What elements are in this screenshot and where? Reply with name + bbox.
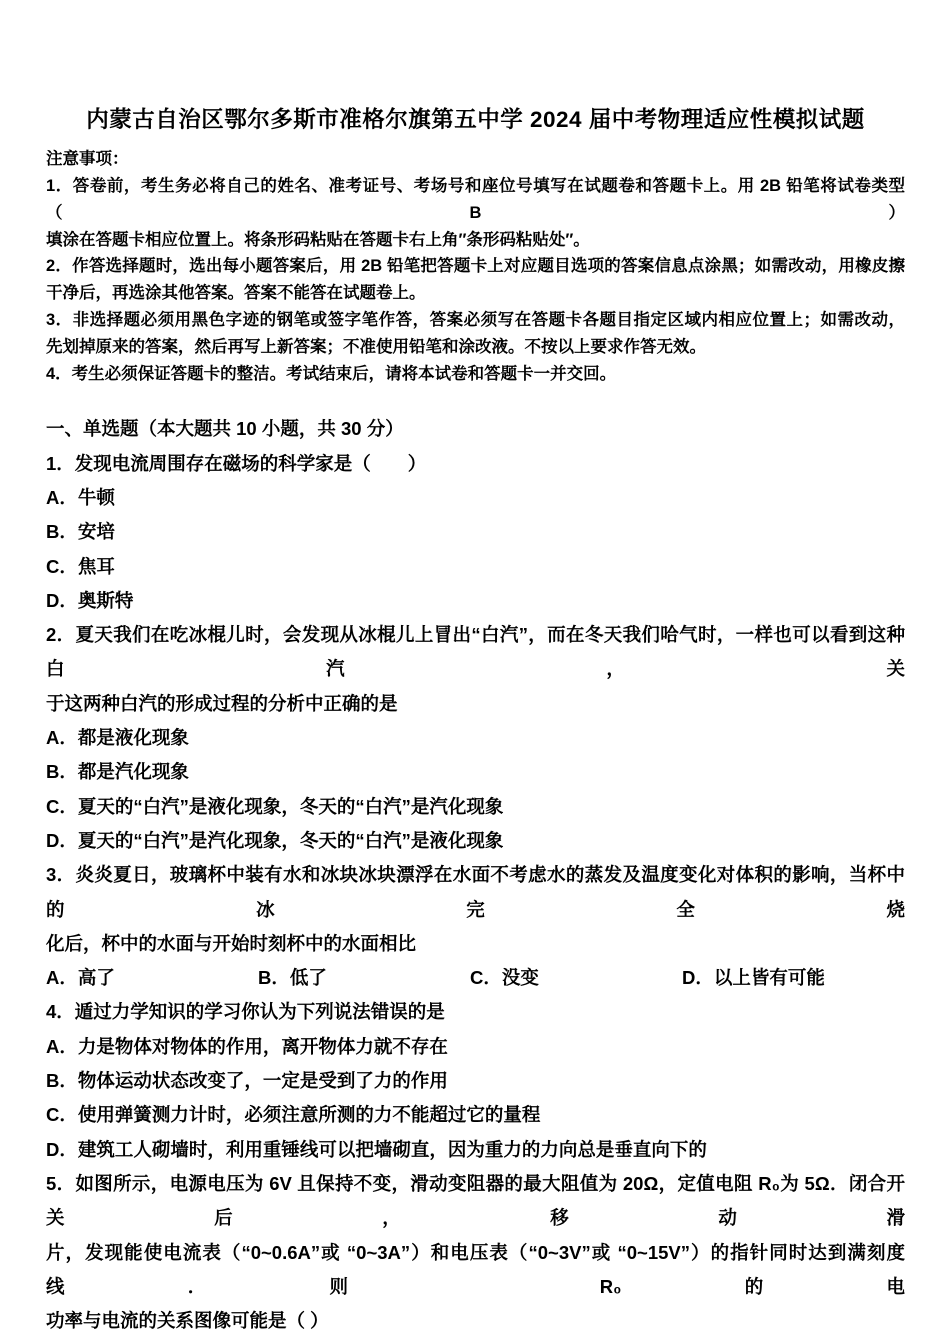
question-stem: 片，发现能使电流表（“0~0.6A”或 “0~3A”）和电压表（“0~3V”或 … <box>46 1236 905 1305</box>
questions-section: 一、单选题（本大题共 10 小题，共 30 分） 1．发现电流周围存在磁场的科学… <box>46 412 905 1338</box>
question-1: 1．发现电流周围存在磁场的科学家是（ ） A．牛顿 B．安培 C．焦耳 D．奥斯… <box>46 447 905 618</box>
option-b: B．安培 <box>46 515 905 549</box>
question-4: 4．遁过力学知识的学习你认为下列说法错误的是 A．力是物体对物体的作用，离开物体… <box>46 995 905 1166</box>
question-stem: 化后，杯中的水面与开始时刻杯中的水面相比 <box>46 927 905 961</box>
notice-line: 1．答卷前，考生务必将自己的姓名、准考证号、考场号和座位号填写在试题卷和答题卡上… <box>46 173 905 227</box>
option-c: C．使用弹簧测力计时，必须注意所测的力不能超过它的量程 <box>46 1098 905 1132</box>
notice-line: 填涂在答题卡相应位置上。将条形码粘贴在答题卡右上角″条形码粘贴处″。 <box>46 227 905 254</box>
option-a: A．牛顿 <box>46 481 905 515</box>
options-row: A．高了 B．低了 C．没变 D．以上皆有可能 <box>46 961 905 995</box>
notice-line: 3．非选择题必须用黑色字迹的钢笔或签字笔作答，答案必须写在答题卡各题目指定区域内… <box>46 307 905 334</box>
exam-paper-page: 内蒙古自治区鄂尔多斯市准格尔旗第五中学 2024 届中考物理适应性模拟试题 注意… <box>0 0 950 1344</box>
option-c: C．没变 <box>470 961 682 995</box>
question-3: 3．炎炎夏日，玻璃杯中装有水和冰块冰块漂浮在水面不考虑水的蒸发及温度变化对体积的… <box>46 858 905 995</box>
question-stem: 5．如图所示，电源电压为 6V 且保持不变，滑动变阻器的最大阻值为 20Ω，定值… <box>46 1167 905 1236</box>
option-d: D．建筑工人砌墙时，利用重锤线可以把墙砌直，因为重力的力向总是垂直向下的 <box>46 1133 905 1167</box>
option-c: C．焦耳 <box>46 550 905 584</box>
notice-line: 先划掉原来的答案，然后再写上新答案；不准使用铅笔和涂改液。不按以上要求作答无效。 <box>46 334 905 361</box>
question-stem: 4．遁过力学知识的学习你认为下列说法错误的是 <box>46 995 905 1029</box>
option-a: A．力是物体对物体的作用，离开物体力就不存在 <box>46 1030 905 1064</box>
notice-line: 2．作答选择题时，选出每小题答案后，用 2B 铅笔把答题卡上对应题目选项的答案信… <box>46 253 905 280</box>
notice-section: 注意事项： 1．答卷前，考生务必将自己的姓名、准考证号、考场号和座位号填写在试题… <box>46 146 905 387</box>
question-stem: 1．发现电流周围存在磁场的科学家是（ ） <box>46 447 905 481</box>
option-b: B．都是汽化现象 <box>46 755 905 789</box>
question-stem: 于这两种白汽的形成过程的分析中正确的是 <box>46 687 905 721</box>
option-c: C．夏天的“白汽”是液化现象，冬天的“白汽”是汽化现象 <box>46 790 905 824</box>
option-d: D．以上皆有可能 <box>682 961 905 995</box>
question-stem: 3．炎炎夏日，玻璃杯中装有水和冰块冰块漂浮在水面不考虑水的蒸发及温度变化对体积的… <box>46 858 905 927</box>
question-5: 5．如图所示，电源电压为 6V 且保持不变，滑动变阻器的最大阻值为 20Ω，定值… <box>46 1167 905 1338</box>
section-heading: 一、单选题（本大题共 10 小题，共 30 分） <box>46 412 905 446</box>
notice-line: 干净后，再选涂其他答案。答案不能答在试题卷上。 <box>46 280 905 307</box>
notice-heading: 注意事项： <box>46 146 905 173</box>
option-d: D．夏天的“白汽”是汽化现象，冬天的“白汽”是液化现象 <box>46 824 905 858</box>
question-stem: 2．夏天我们在吃冰棍儿时，会发现从冰棍儿上冒出“白汽”，而在冬天我们哈气时，一样… <box>46 618 905 687</box>
notice-line: 4．考生必须保证答题卡的整洁。考试结束后，请将本试卷和答题卡一并交回。 <box>46 361 905 388</box>
question-2: 2．夏天我们在吃冰棍儿时，会发现从冰棍儿上冒出“白汽”，而在冬天我们哈气时，一样… <box>46 618 905 858</box>
option-b: B．低了 <box>258 961 470 995</box>
exam-title: 内蒙古自治区鄂尔多斯市准格尔旗第五中学 2024 届中考物理适应性模拟试题 <box>46 104 905 136</box>
question-stem: 功率与电流的关系图像可能是（ ） <box>46 1304 905 1338</box>
option-b: B．物体运动状态改变了，一定是受到了力的作用 <box>46 1064 905 1098</box>
option-d: D．奥斯特 <box>46 584 905 618</box>
option-a: A．高了 <box>46 961 258 995</box>
option-a: A．都是液化现象 <box>46 721 905 755</box>
